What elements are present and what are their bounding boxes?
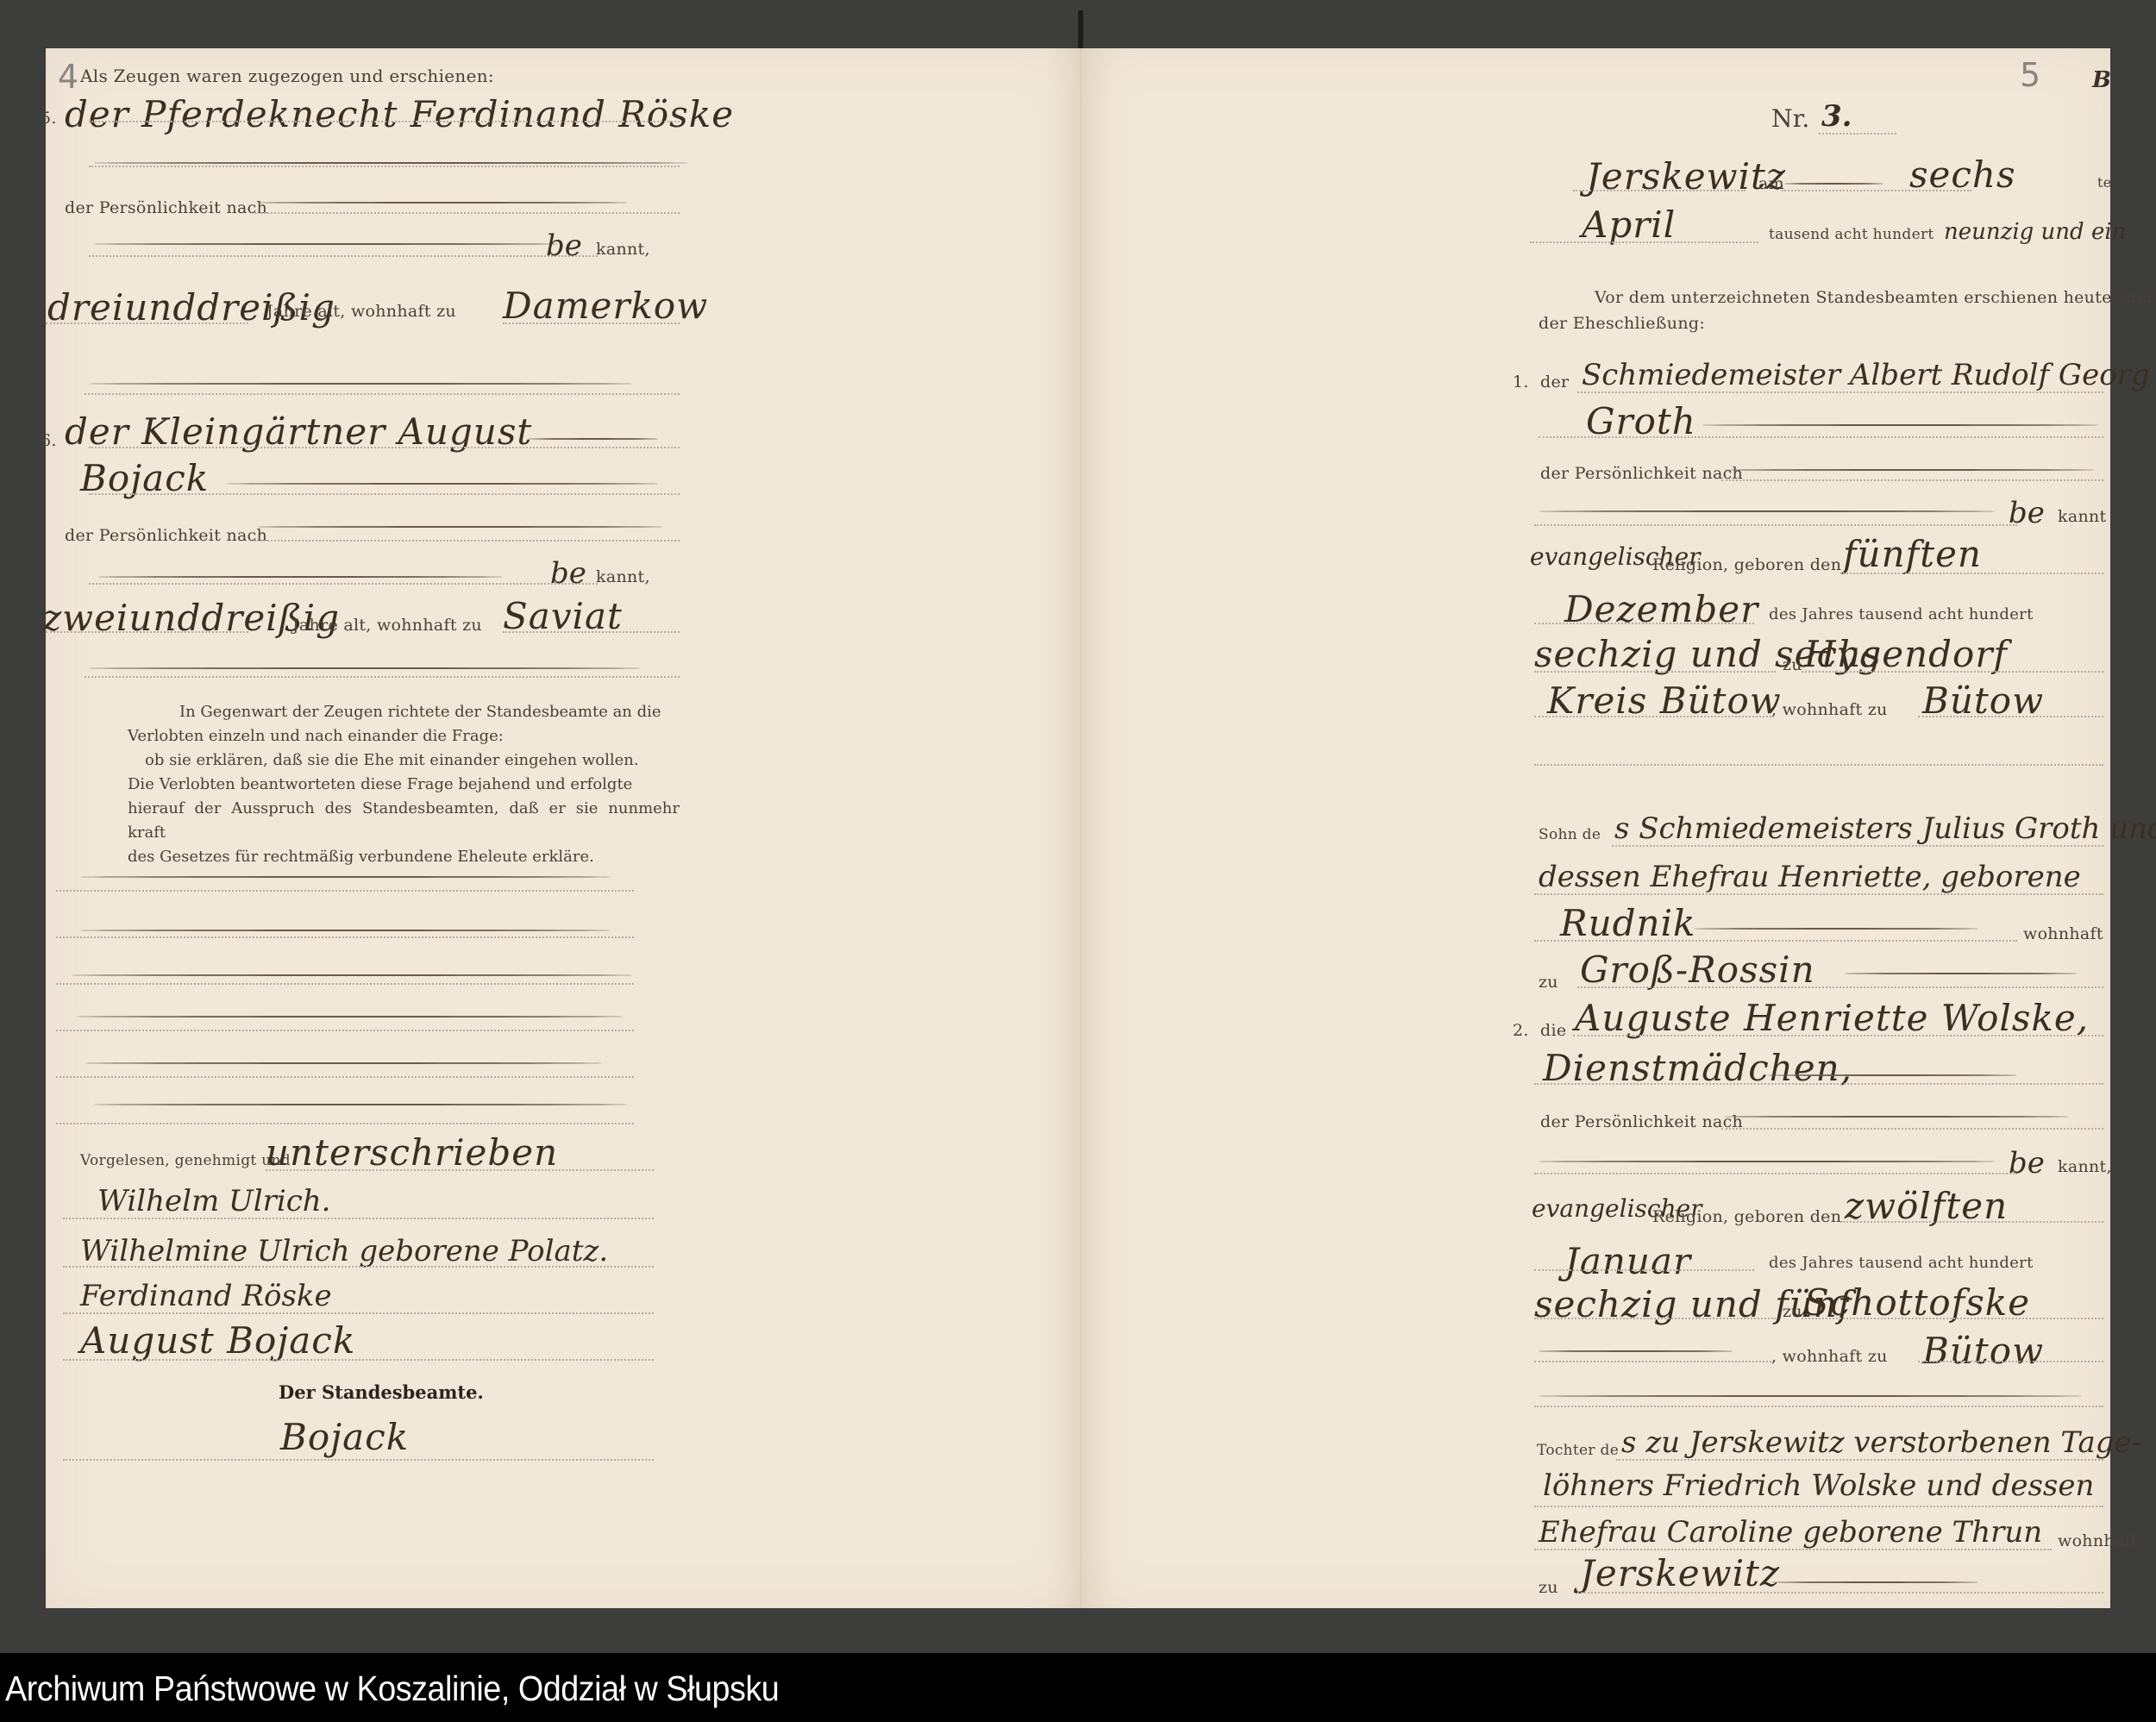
witness2-name-cont: Bojack [80,460,209,497]
groom-year-label: des Jahres tausend acht hundert [1769,607,2034,623]
form-line [1534,1549,2052,1550]
fill-stroke [97,576,503,578]
witness1-residence: Damerkow [503,288,708,324]
signature-line: August Bojack [80,1323,355,1359]
fill-stroke [1771,1581,1978,1583]
witness1-known-label: kannt, [596,241,650,258]
spine-clip [1078,10,1083,48]
fill-stroke [89,383,632,385]
fill-stroke [1539,1395,2082,1397]
fill-stroke [257,202,628,204]
form-line [1534,671,1776,673]
form-line [89,166,680,167]
form-line [1539,436,2103,438]
groom-known-label: kannt [2058,509,2106,525]
paragraph-line: Verlobten einzeln und nach einander die … [128,724,680,748]
groom-parents-line1: s Schmiedemeisters Julius Groth und [1614,814,2156,843]
form-line [1534,1083,2103,1085]
fill-stroke [227,483,658,485]
bride-parents-residence: Jerskewitz [1580,1556,1780,1592]
form-line [1577,1592,2103,1594]
bride-known-prefix: be [2009,1149,2045,1178]
bride-known-label: kannt, [2058,1159,2112,1175]
form-line [1534,1506,2103,1507]
witnesses-heading: Als Zeugen waren zugezogen und erschiene… [80,67,494,85]
signature-line: Wilhelm Ulrich. [97,1187,330,1216]
form-line [1721,1128,2103,1130]
form-line [1577,391,2103,393]
form-line [63,1218,654,1219]
left-page: 4 Als Zeugen waren zugezogen und erschie… [46,48,1081,1608]
signature-line: Wilhelmine Ulrich geborene Polatz. [80,1237,608,1266]
groom-article: der [1540,374,1569,391]
groom-parents-residence-label: wohnhaft [2023,926,2103,942]
witness1-name: der Pferdeknecht Ferdinand Röske [65,97,734,133]
form-line [1534,716,1771,717]
witness1-identity-label: der Persönlichkeit nach [65,200,267,216]
witness1-known-prefix: be [546,231,582,260]
form-line [1534,893,2103,895]
groom-birth-day: fünften [1843,536,1982,573]
year-label: tausend acht hundert [1769,228,1934,242]
intro-line-1: Vor dem unterzeichneten Standesbeamten e… [1595,290,2156,306]
form-line [1802,671,2103,673]
corner-letter: B [2092,69,2111,91]
form-line [1612,845,2103,847]
paragraph-line: des Gesetzes für rechtmäßig verbundene E… [128,845,680,869]
form-line [1534,1173,2017,1174]
form-line [1534,623,1754,624]
form-line [1534,524,2017,526]
groom-residence: Bütow [1922,683,2044,719]
record-label: Nr. [1771,107,1810,131]
strike-line [80,930,611,931]
form-line [63,1266,654,1268]
groom-parents-zu-label: zu [1539,974,1558,991]
groom-identity-label: der Persönlichkeit nach [1540,466,1743,482]
pencil-page-number: 4 [58,60,78,93]
groom-parents-line2: dessen Ehefrau Henriette, geborene [1539,862,2081,892]
strike-line [72,974,632,976]
witness2-ordinal: 6. [41,433,57,449]
form-line [63,1312,654,1314]
gutter-shadow [1046,48,1081,1608]
form-line [1918,1361,2103,1362]
form-line [1534,764,2103,766]
form-line [85,676,680,678]
form-line [503,322,680,324]
signature-prefix-value: unterschrieben [266,1135,558,1171]
groom-district: Kreis Bütow [1547,683,1782,719]
month: April [1582,207,1676,243]
year-value: neunzig und ein [1944,221,2126,243]
groom-religion-label: Religion, geboren den [1652,557,1841,573]
bride-birth-month: Januar [1564,1243,1691,1280]
form-line [1616,1459,2103,1461]
form-line [89,447,680,448]
fill-stroke [93,243,559,245]
form-line [254,540,680,542]
form-line [56,936,634,938]
form-line [1530,241,1758,243]
form-line [46,322,248,324]
bride-parents-residence-label: wohnhaft [2058,1533,2138,1550]
day: sechs [1909,157,2016,193]
pencil-page-number: 5 [2020,59,2040,91]
bride-name-line1: Auguste Henriette Wolske, [1575,1000,2089,1036]
bride-parents-line2: löhners Friedrich Wolske und dessen [1543,1471,2094,1500]
bride-residence: Bütow [1922,1333,2044,1369]
declaration-paragraph: In Gegenwart der Zeugen richtete der Sta… [128,700,680,869]
witness2-known-label: kannt, [596,569,650,585]
fill-stroke [1694,928,1978,930]
groom-name-line2: Groth [1586,404,1696,440]
fill-stroke [1539,1350,1733,1352]
form-line [1534,940,2017,942]
form-line [1840,1221,2103,1223]
registrar-signature: Bojack [280,1419,409,1456]
form-line [56,1123,634,1124]
form-line [89,493,680,495]
form-line [266,1169,654,1171]
witness2-name: der Kleingärtner August [65,414,532,450]
form-line [85,393,680,395]
form-line [56,890,634,892]
form-line [1573,1035,2103,1036]
groom-birth-place-label: zu [1783,657,1802,673]
bride-name-line2: Dienstmädchen, [1543,1050,1852,1086]
bride-parents-line1: s zu Jerskewitz verstorbenen Tage- [1621,1428,2141,1457]
form-line [1840,573,2103,574]
form-line [63,1359,654,1361]
fill-stroke [1845,973,2078,974]
bride-birth-place: Schottofske [1804,1285,2030,1321]
form-line [1918,716,2103,717]
paragraph-line: Die Verlobten beantworteten diese Frage … [128,773,680,797]
form-line [1577,986,2103,988]
registrar-label: Der Standesbeamte. [279,1383,484,1401]
witness2-age-label: Jahre alt, wohnhaft zu [292,617,482,634]
strike-line [76,1016,624,1018]
signature-prefix-label: Vorgelesen, genehmigt und [80,1154,291,1168]
intro-line-2: der Eheschließung: [1539,316,1705,332]
form-line [1802,1318,2103,1319]
fill-stroke [1767,1074,2017,1076]
fill-stroke [1539,1161,1996,1162]
bride-residence-label: , wohnhaft zu [1771,1349,1888,1365]
form-line [1819,133,1896,135]
form-line [56,1030,634,1031]
form-line [1534,1269,1754,1271]
fill-stroke [1539,510,1996,512]
fill-stroke [257,526,662,528]
groom-residence-label: , wohnhaft zu [1771,702,1888,718]
form-line [503,631,680,633]
witness1-ordinal: 5. [41,110,57,127]
groom-parents-label: Sohn de [1539,828,1601,842]
form-line [63,1459,654,1461]
bride-parents-zu-label: zu [1539,1580,1558,1596]
fill-stroke [89,667,641,669]
form-line [1534,1406,2103,1407]
form-line [56,983,634,985]
fill-stroke [1724,469,2095,471]
paragraph-line: In Gegenwart der Zeugen richtete der Sta… [128,700,680,724]
groom-name-line1: Schmiedemeister Albert Rudolf Georg [1582,360,2150,390]
bride-ordinal: 2. [1513,1023,1529,1039]
bride-religion-label: Religion, geboren den [1652,1209,1841,1225]
bride-identity-label: der Persönlichkeit nach [1540,1114,1743,1130]
fill-stroke [529,438,658,440]
form-line [1721,479,2103,481]
bride-year-label: des Jahres tausend acht hundert [1769,1255,2034,1271]
fill-stroke [1784,183,1883,185]
form-line [56,1076,634,1078]
witness2-residence: Saviat [503,598,623,635]
bride-parents-label: Tochter de [1537,1443,1619,1458]
record-number: 3. [1821,102,1852,131]
groom-birth-place: Hygendorf [1804,636,2008,673]
bride-birth-day: zwölften [1845,1188,2008,1224]
form-line [46,631,248,633]
signature-line: Ferdinand Röske [80,1281,332,1311]
archive-label: Archiwum Państwowe w Koszalinie, Oddział… [5,1669,779,1709]
strike-line [80,876,611,878]
bride-parents-line3: Ehefrau Caroline geborene Thrun [1539,1518,2042,1547]
day-suffix: te [2097,176,2112,190]
form-line [1534,1361,1771,1362]
witness2-known-prefix: be [550,559,586,588]
witness1-age-label: Jahre alt, wohnhaft zu [266,304,456,320]
strike-line [85,1062,602,1064]
bride-article: die [1540,1023,1566,1039]
date-am-label: am [1758,176,1784,192]
form-line [254,212,680,214]
right-page: 5 B Nr. 3. Jerskewitz am sechs te April … [1081,48,2110,1608]
strike-line [93,1104,628,1105]
paragraph-line: ob sie erklären, daß sie die Ehe mit ein… [128,748,680,773]
fill-stroke [1724,1116,2069,1118]
fill-stroke [93,162,688,164]
archive-footer: Archiwum Państwowe w Koszalinie, Oddział… [0,1653,2156,1722]
form-line [89,255,598,257]
groom-parents-line3: Rudnik [1560,905,1696,942]
groom-known-prefix: be [2009,498,2045,528]
paragraph-line: hierauf der Ausspruch des Standesbeamten… [128,797,680,845]
form-line [89,583,598,585]
witness2-identity-label: der Persönlichkeit nach [65,528,267,544]
form-line [1534,1318,1776,1319]
form-line [1573,190,1745,191]
gutter-shadow [1081,48,1116,1608]
bride-birth-place-label: zu [1783,1304,1802,1320]
fill-stroke [1702,424,2099,426]
form-line [89,121,680,122]
groom-parents-residence: Groß-Rossin [1580,952,1815,988]
groom-ordinal: 1. [1513,374,1529,391]
